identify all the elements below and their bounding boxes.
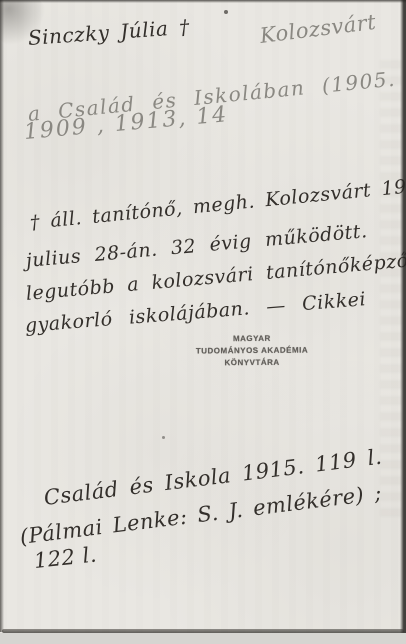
scanned-catalog-card: Sinczky Júlia † Kolozsvárt a Család és I… (0, 0, 406, 644)
library-stamp-line-1: MAGYAR (191, 332, 313, 345)
scan-background-strip (0, 633, 406, 644)
ink-dot (162, 436, 165, 439)
ink-bleed-through (380, 60, 402, 524)
scan-edge-top (0, 0, 406, 3)
library-stamp-line-3: KÖNYVTÁRA (191, 356, 313, 369)
author-name-handwriting: Sinczky Júlia † (27, 15, 190, 50)
scan-edge-right (400, 0, 406, 634)
library-stamp: MAGYAR TUDOMÁNYOS AKADÉMIA KÖNYVTÁRA (191, 332, 313, 369)
library-stamp-line-2: TUDOMÁNYOS AKADÉMIA (191, 344, 313, 357)
ink-dot (224, 10, 228, 14)
reference-line-3: 122 l. (33, 542, 98, 572)
place-note-handwriting: Kolozsvárt (259, 10, 378, 48)
scan-edge-left (0, 0, 4, 632)
